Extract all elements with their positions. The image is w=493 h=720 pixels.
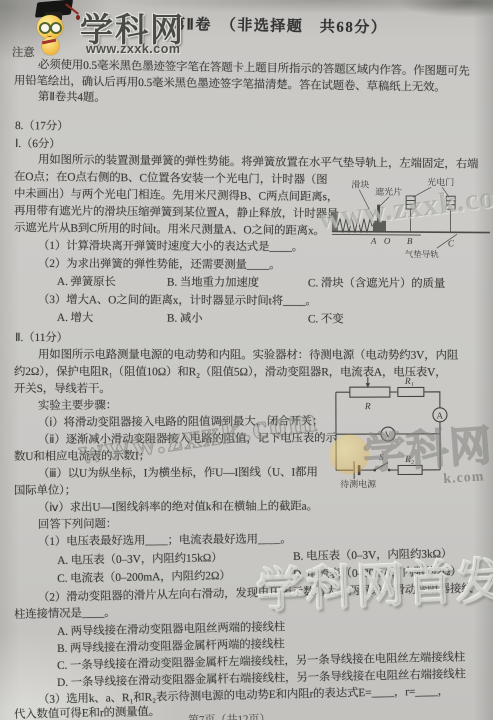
part1-body-line: 再用带有遮光片的滑块压缩弹簧到某位置A，静止释放，计时器显 [14, 202, 338, 221]
glasses-icon [50, 22, 62, 34]
air-track-label: 气垫导轨 [405, 249, 440, 259]
part2-question-1: （1）电压表最好选用____；电流表最好选用____。 [38, 530, 292, 549]
circuit-diagram: R R₁ A V S [328, 372, 463, 499]
part1-heading: Ⅰ.（6分） [15, 135, 61, 151]
leader-line [413, 187, 431, 197]
track-line [332, 231, 490, 232]
part1-body-line: 中未画出）与两个光电门相连。先用米尺测得B、C两点间距离s， [14, 185, 338, 204]
r1-label: R₁ [404, 377, 414, 387]
part1-question-1: （1）计算滑块离开弹簧时速度大小的表达式是____。 [38, 237, 303, 254]
answers-heading: 回答下列问题： [38, 515, 117, 532]
zxxk-logo: 学科网 www.zxxk.com [12, 0, 217, 62]
resistor-icon [398, 387, 424, 396]
option-label: A. 弹簧原长 [57, 273, 116, 289]
step-line: 国际单位）； [14, 482, 76, 498]
wall-icon [332, 211, 338, 231]
rheostat-icon [350, 377, 390, 397]
option-label: C. 滑块（含遮光片）的质量 [308, 274, 445, 291]
photogate-label: 光电门 [427, 176, 454, 187]
page-footer: 第7页（共12页） [188, 710, 271, 720]
part2-heading: Ⅱ.（11分） [15, 329, 68, 345]
step-line: （ⅲ）以U为纵坐标，I为横坐标，作U—I图线（U、I都用 [38, 464, 318, 481]
shutter-icon [377, 205, 380, 221]
part2-body-line: 开关S，导线若干。 [14, 380, 111, 396]
steps-heading: 实验主要步骤： [38, 397, 117, 413]
option-label: B. 当地重力加速度 [167, 274, 259, 290]
rheostat-label: R [364, 402, 371, 412]
part1-question-2: （2）为求出弹簧的弹性势能，还需要测量____。 [38, 255, 281, 272]
ammeter-label: A [437, 410, 444, 420]
option-label: C. 电流表（0–200mA，内阻约2Ω） [57, 567, 231, 586]
point-a-label: A [370, 236, 377, 246]
battery-label: 待测电源 [340, 478, 377, 489]
scanned-exam-page: 第Ⅱ卷 （非选择题 共68分） 学科网 www.zxxk.com 注意 必须使用… [0, 0, 493, 720]
shutter-label: 遮光片 [375, 186, 402, 197]
part2-body-line: 用如图所示电路测量电源的电动势和内阻。实验器材：待测电源（电动势约3V，内阻 [38, 346, 458, 363]
option-label: D. 电流表（0–30mA，内阻约2Ω） [293, 563, 462, 582]
point-b-label: B [407, 236, 413, 246]
spring-track-diagram: 滑块 遮光片 光电门 A [329, 175, 493, 265]
r2-label: R₂ [404, 455, 415, 465]
option-label: A. 增大 [57, 309, 93, 325]
switch-icon [373, 463, 390, 472]
part1-question-3: （3）增大A、O之间的距离x，计时器显示时间t将____。 [38, 291, 317, 308]
point-o-label: O [384, 236, 391, 246]
logo-url-text: www.zxxk.com [86, 42, 180, 56]
step-line: 数U和相应电流表的示数I； [14, 447, 150, 464]
option-label: B. 减小 [167, 310, 203, 326]
resistor-icon [398, 465, 422, 474]
option-label: B. 电压表（0–3V，内阻约3kΩ） [293, 545, 452, 564]
notice-line: 第Ⅱ卷共4题。 [38, 88, 106, 105]
part1-body-line: 示遮光片从B到C所用的时间t。用米尺测量A、O之间的距离x。 [14, 219, 325, 238]
part2-question-2: 柱连接情况是____。 [14, 604, 116, 622]
option-label: C. 不变 [308, 310, 344, 326]
battery-icon [354, 461, 359, 479]
photogate-icon [446, 196, 455, 232]
step-line: （ⅱ）逐渐减小滑动变阻器接入电路的阻值，记下电压表的示 [38, 429, 337, 447]
option-label: A. 电压表（0–3V，内阻约15kΩ） [57, 549, 223, 568]
leader-line [359, 190, 373, 217]
mascot-icon [37, 15, 63, 39]
photogate-icon [406, 196, 415, 232]
wire [424, 392, 440, 408]
part1-body-line: 在O点；在O点右侧的B、C位置各安装一个光电门，计时器（图 [14, 168, 328, 187]
part2-question-3: 代入数值可得E和r的测量值。 [14, 703, 160, 720]
question-8-heading: 8.（17分） [15, 117, 69, 134]
step-line: （ⅳ）求出U—I图线斜率的绝对值k和在横轴上的截距a。 [38, 498, 318, 515]
step-line: （ⅰ）将滑动变阻器接入电路的阻值调到最大，闭合开关； [38, 413, 323, 430]
voltmeter-label: V [385, 430, 392, 440]
slider-icon [373, 221, 386, 232]
spring-icon [338, 218, 375, 232]
part1-q3-options: A. 增大 B. 减小 C. 不变 [57, 309, 477, 311]
part1-q2-options: A. 弹簧原长 B. 当地重力加速度 C. 滑块（含遮光片）的质量 [57, 273, 477, 275]
slider-label: 滑块 [351, 179, 369, 190]
switch-label: S [379, 452, 384, 462]
leader-line [379, 197, 389, 207]
